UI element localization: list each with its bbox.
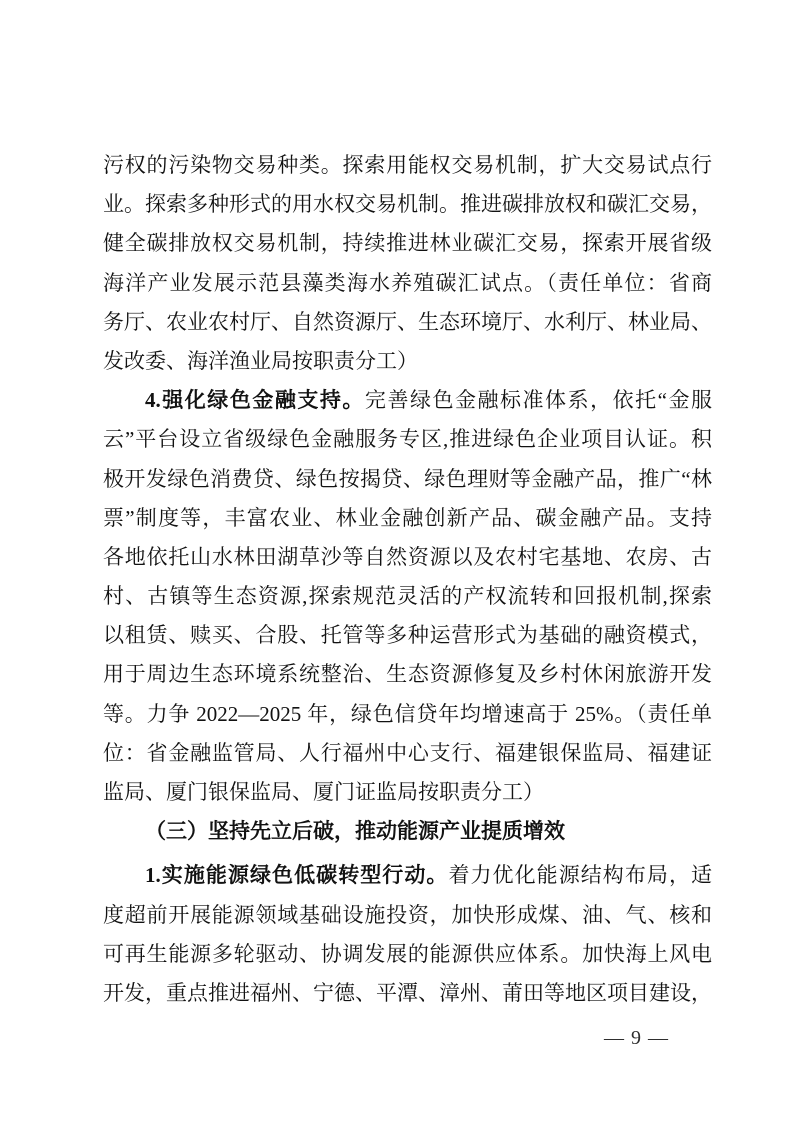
text-line: 发改委、海洋渔业局按职责分工） <box>103 342 712 381</box>
responsible-unit-run: （责任单位：省商 <box>546 271 712 295</box>
text-run: 业。探索多种形式的用水权交易机制。推进碳排放权和碳汇交易， <box>103 192 712 216</box>
text-run: 污权的污染物交易种类。探索用能权交易机制，扩大交易试点行 <box>103 153 712 177</box>
text-run: 用于周边生态环境系统整治、生态资源修复及乡村休闲旅游开发 <box>103 662 712 686</box>
responsible-unit-run: 位：省金融监管局、人行福州中心支行、福建银保监局、福建证 <box>103 741 712 765</box>
text-line: 业。探索多种形式的用水权交易机制。推进碳排放权和碳汇交易， <box>103 185 712 224</box>
text-run: 健全碳排放权交易机制，持续推进林业碳汇交易，探索开展省级 <box>103 231 712 255</box>
item-heading-run: 4.强化绿色金融支持。 <box>145 388 365 412</box>
text-run: 可再生能源多轮驱动、协调发展的能源供应体系。加快海上风电 <box>103 942 712 966</box>
text-run: 度超前开展能源领域基础设施投资，加快形成煤、油、气、核和 <box>103 903 712 927</box>
section-heading-run: （三）坚持先立后破，推动能源产业提质增效 <box>145 819 565 843</box>
text-line-paragraph-start: 1.实施能源绿色低碳转型行动。着力优化能源结构布局，适 <box>103 856 712 895</box>
text-line: 健全碳排放权交易机制，持续推进林业碳汇交易，探索开展省级 <box>103 224 712 263</box>
text-line: 污权的污染物交易种类。探索用能权交易机制，扩大交易试点行 <box>103 146 712 185</box>
text-run: 村、古镇等生态资源,探索规范灵活的产权流转和回报机制,探索 <box>103 584 712 608</box>
page-number: — 9 — <box>604 1024 669 1052</box>
text-run: 极开发绿色消费贷、绿色按揭贷、绿色理财等金融产品，推广“林 <box>103 467 712 491</box>
text-line: 海洋产业发展示范县藻类海水养殖碳汇试点。（责任单位：省商 <box>103 264 712 303</box>
text-run: 海洋产业发展示范县藻类海水养殖碳汇试点。 <box>103 271 546 295</box>
text-line: 票”制度等，丰富农业、林业金融创新产品、碳金融产品。支持 <box>103 499 712 538</box>
responsible-unit-run: （责任单 <box>636 702 712 726</box>
text-line: 用于周边生态环境系统整治、生态资源修复及乡村休闲旅游开发 <box>103 655 712 694</box>
text-run: 开发，重点推进福州、宁德、平潭、漳州、莆田等地区项目建设， <box>103 981 712 1005</box>
text-line: 村、古镇等生态资源,探索规范灵活的产权流转和回报机制,探索 <box>103 577 712 616</box>
section-heading: （三）坚持先立后破，推动能源产业提质增效 <box>103 812 712 851</box>
text-line-paragraph-start: 4.强化绿色金融支持。完善绿色金融标准体系，依托“金服 <box>103 381 712 420</box>
text-line: 开发，重点推进福州、宁德、平潭、漳州、莆田等地区项目建设， <box>103 974 712 1013</box>
text-run: 各地依托山水林田湖草沙等自然资源以及农村宅基地、农房、古 <box>103 545 712 569</box>
text-line: 位：省金融监管局、人行福州中心支行、福建银保监局、福建证 <box>103 734 712 773</box>
text-run: 云”平台设立省级绿色金融服务专区,推进绿色企业项目认证。积 <box>103 427 712 451</box>
text-run: 完善绿色金融标准体系，依托“金服 <box>365 388 712 412</box>
responsible-unit-run: 监局、厦门银保监局、厦门证监局按职责分工） <box>103 780 544 804</box>
text-line: 务厅、农业农村厅、自然资源厅、生态环境厅、水利厅、林业局、 <box>103 303 712 342</box>
responsible-unit-run: 务厅、农业农村厅、自然资源厅、生态环境厅、水利厅、林业局、 <box>103 310 712 334</box>
text-line: 各地依托山水林田湖草沙等自然资源以及农村宅基地、农房、古 <box>103 538 712 577</box>
text-line: 等。力争 2022—2025 年，绿色信贷年均增速高于 25%。（责任单 <box>103 695 712 734</box>
text-line: 极开发绿色消费贷、绿色按揭贷、绿色理财等金融产品，推广“林 <box>103 460 712 499</box>
text-run: 着力优化能源结构布局，适 <box>448 863 712 887</box>
text-line: 监局、厦门银保监局、厦门证监局按职责分工） <box>103 773 712 812</box>
responsible-unit-run: 发改委、海洋渔业局按职责分工） <box>103 349 418 373</box>
text-line: 以租赁、赎买、合股、托管等多种运营形式为基础的融资模式， <box>103 616 712 655</box>
item-heading-run: 1.实施能源绿色低碳转型行动。 <box>145 863 448 887</box>
text-run: 以租赁、赎买、合股、托管等多种运营形式为基础的融资模式， <box>103 623 712 647</box>
document-body: 污权的污染物交易种类。探索用能权交易机制，扩大交易试点行 业。探索多种形式的用水… <box>103 146 712 1013</box>
text-line: 云”平台设立省级绿色金融服务专区,推进绿色企业项目认证。积 <box>103 420 712 459</box>
text-run: 等。力争 2022—2025 年，绿色信贷年均增速高于 25%。 <box>103 702 636 726</box>
text-line: 度超前开展能源领域基础设施投资，加快形成煤、油、气、核和 <box>103 896 712 935</box>
text-run: 票”制度等，丰富农业、林业金融创新产品、碳金融产品。支持 <box>103 506 712 530</box>
text-line: 可再生能源多轮驱动、协调发展的能源供应体系。加快海上风电 <box>103 935 712 974</box>
